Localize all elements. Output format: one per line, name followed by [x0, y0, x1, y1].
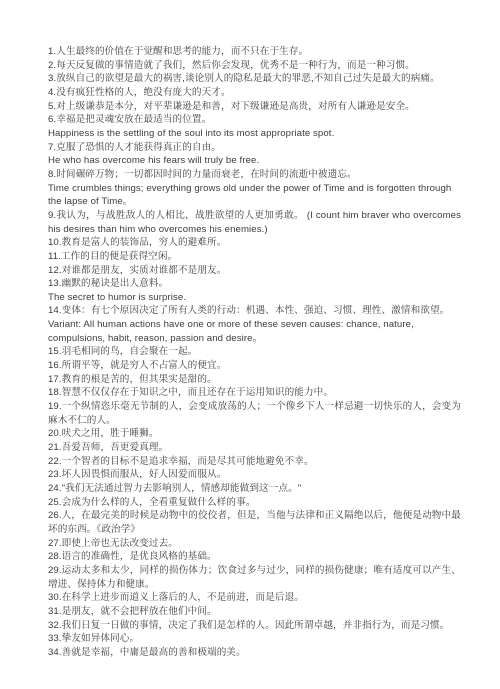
quote-paragraph: 24."我们无法通过智力去影响别人，情感却能做到这一点。"	[48, 482, 461, 496]
quote-paragraph: 20.吠犬之用，胜于睡狮。	[48, 427, 461, 441]
quote-paragraph: 9.我认为，与战胜敌人的人相比，战胜欲望的人更加勇敢。 (I count him…	[48, 209, 461, 236]
quote-paragraph: 32.我们日复一日做的事情，决定了我们是怎样的人。因此所谓卓越，并非指行为，而是…	[48, 619, 461, 633]
quote-paragraph: 25.会成为什么样的人，全看重复做什么样的事。	[48, 496, 461, 510]
quote-paragraph: 12.对谁都是朋友，实质对谁都不是朋友。	[48, 264, 461, 278]
quote-paragraph: 17.教育的根是苦的，但其果实是甜的。	[48, 373, 461, 387]
quote-paragraph: 27.即使上帝也无法改变过去。	[48, 537, 461, 551]
quote-paragraph: 26.人，在最完美的时候是动物中的佼佼者，但是，当他与法律和正义隔绝以后，他便是…	[48, 509, 461, 536]
quote-paragraph: 18.智慧不仅仅存在于知识之中，而且还存在于运用知识的能力中。	[48, 386, 461, 400]
quote-paragraph: 10.教育是富人的装饰品，穷人的避难所。	[48, 236, 461, 250]
quote-paragraph: The secret to humor is surprise.	[48, 291, 461, 305]
quote-paragraph: 2.每天反复做的事情造就了我们，然后你会发现，优秀不是一种行为，而是一种习惯。	[48, 59, 461, 73]
quote-paragraph: 7.克服了恐惧的人才能获得真正的自由。	[48, 141, 461, 155]
quote-paragraph: 30.在科学上进步而道义上落后的人，不是前进，而是后退。	[48, 591, 461, 605]
quote-paragraph: 4.没有疯狂性格的人，绝没有庞大的天才。	[48, 86, 461, 100]
quote-list: 1.人生最终的价值在于觉醒和思考的能力，而不只在于生存。2.每天反复做的事情造就…	[48, 45, 461, 660]
quote-paragraph: 5.对上级谦恭是本分，对平辈谦逊是和善，对下级谦逊是高贵，对所有人谦逊是安全。	[48, 100, 461, 114]
quote-paragraph: 11.工作的目的便是获得空闲。	[48, 250, 461, 264]
quotes-document-page: 1.人生最终的价值在于觉醒和思考的能力，而不只在于生存。2.每天反复做的事情造就…	[0, 0, 500, 689]
quote-paragraph: 34.善就是幸福，中庸是最高的善和极端的美。	[48, 646, 461, 660]
quote-paragraph: 8.时间碾碎万物；一切都因时间的力量而衰老，在时间的流逝中被遗忘。	[48, 168, 461, 182]
quote-paragraph: 28.语言的准确性，是优良风格的基础。	[48, 550, 461, 564]
quote-paragraph: Time crumbles things; everything grows o…	[48, 182, 461, 209]
quote-paragraph: 14.变体：有七个原因决定了所有人类的行动：机遇、本性、强迫、习惯、理性、激情和…	[48, 304, 461, 318]
quote-paragraph: Variant: All human actions have one or m…	[48, 318, 461, 345]
quote-paragraph: 15.羽毛相同的鸟，自会聚在一起。	[48, 345, 461, 359]
quote-paragraph: 3.放纵自己的欲望是最大的祸害,谈论别人的隐私是最大的罪恶,不知自己过失是最大的…	[48, 72, 461, 86]
quote-paragraph: 13.幽默的秘诀是出人意料。	[48, 277, 461, 291]
quote-paragraph: He who has overcome his fears will truly…	[48, 154, 461, 168]
quote-paragraph: 19.一个纵情恣乐毫无节制的人，会变成放荡的人；一个像乡下人一样忌避一切快乐的人…	[48, 400, 461, 427]
quote-paragraph: 16.所谓平等，就是穷人不占富人的便宜。	[48, 359, 461, 373]
quote-paragraph: 22.一个智者的目标不是追求幸福，而是尽其可能地避免不幸。	[48, 455, 461, 469]
quote-paragraph: Happiness is the settling of the soul in…	[48, 127, 461, 141]
quote-paragraph: 6.幸福是把灵魂安放在最适当的位置。	[48, 113, 461, 127]
quote-paragraph: 1.人生最终的价值在于觉醒和思考的能力，而不只在于生存。	[48, 45, 461, 59]
quote-paragraph: 33.挚友如异体同心。	[48, 632, 461, 646]
quote-paragraph: 29.运动太多和太少，同样的损伤体力；饮食过多与过少，同样的损伤健康；唯有适度可…	[48, 564, 461, 591]
quote-paragraph: 31.是朋友，就不会把秤放在他们中间。	[48, 605, 461, 619]
quote-paragraph: 21.吾爱吾师，吾更爱真理。	[48, 441, 461, 455]
quote-paragraph: 23.坏人因畏惧而服从，好人因爱而服从。	[48, 468, 461, 482]
